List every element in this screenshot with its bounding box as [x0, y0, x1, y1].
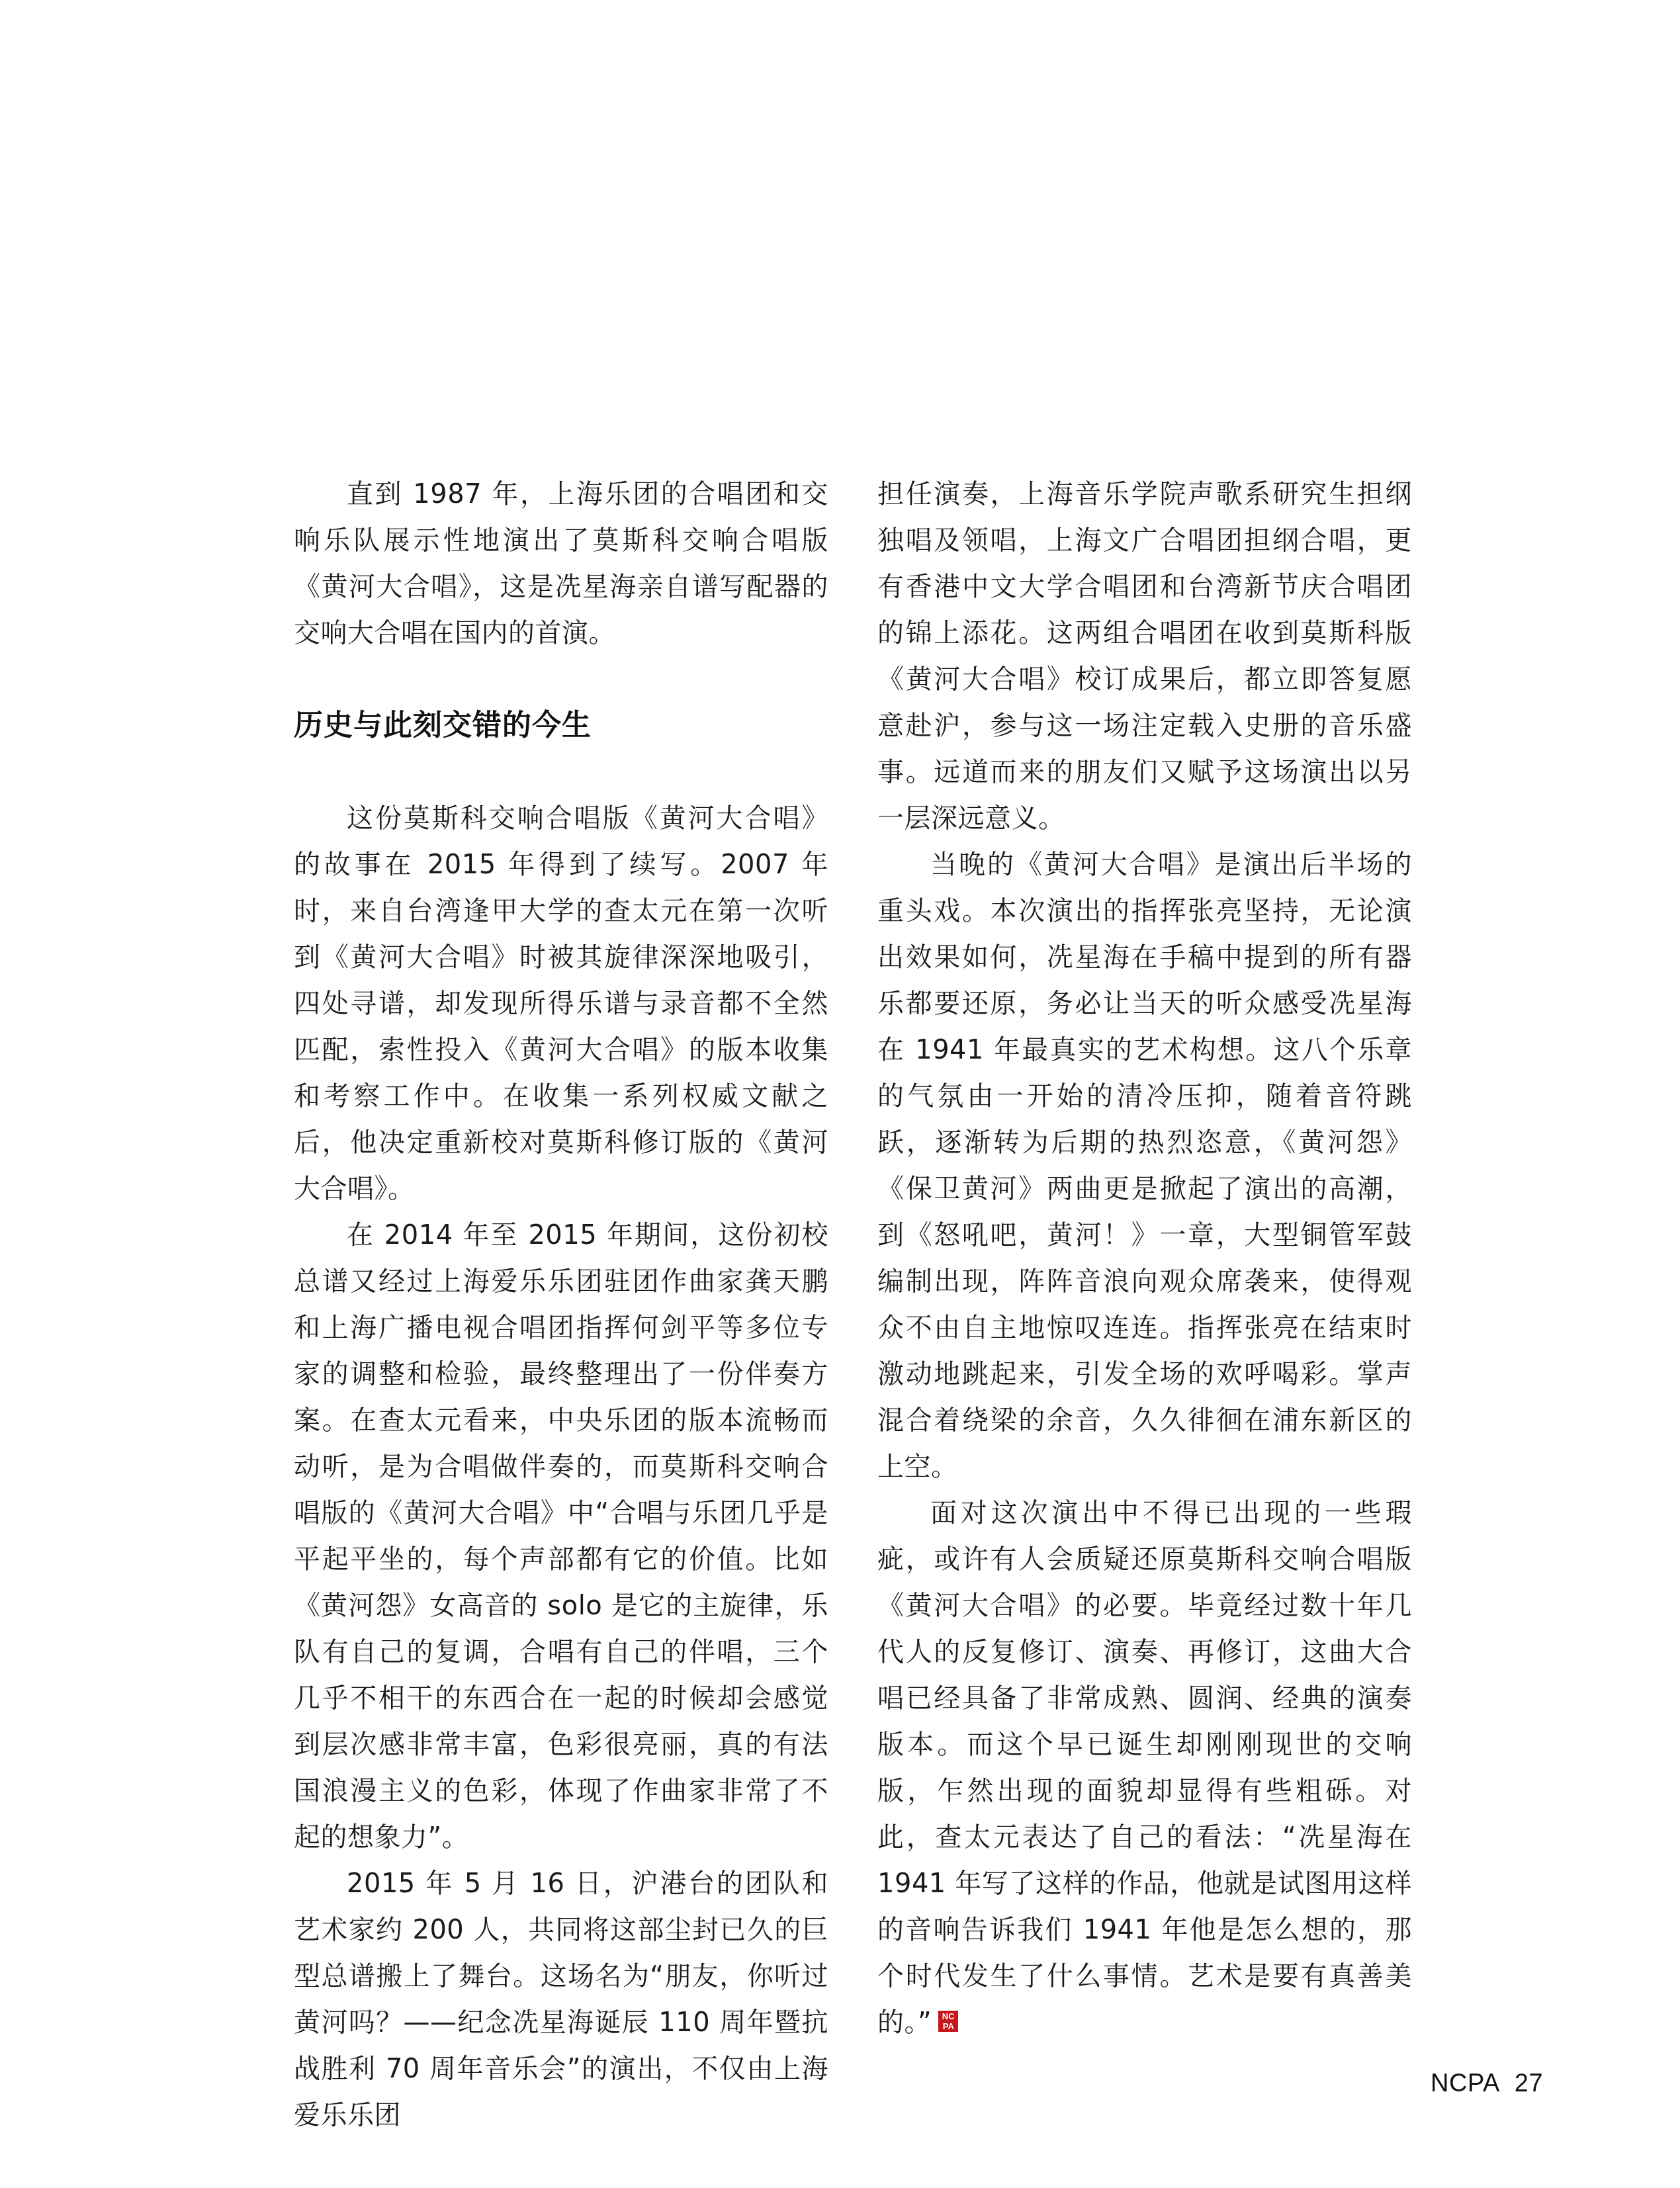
end-mark-line1: NC: [938, 2011, 958, 2021]
end-mark-line2: PA: [938, 2021, 958, 2031]
left-column: 直到 1987 年，上海乐团的合唱团和交响乐队展示性地演出了莫斯科交响合唱版《黄…: [294, 471, 828, 2138]
body-paragraph: 2015 年 5 月 16 日，沪港台的团队和艺术家约 200 人，共同将这部尘…: [294, 1860, 828, 2138]
page-number: 27: [1515, 2070, 1543, 2097]
magazine-page: 直到 1987 年，上海乐团的合唱团和交响乐队展示性地演出了莫斯科交响合唱版《黄…: [0, 0, 1680, 2188]
right-column: 担任演奏，上海音乐学院声歌系研究生担纲独唱及领唱，上海文广合唱团担纲合唱，更有香…: [877, 471, 1412, 2046]
body-paragraph: 这份莫斯科交响合唱版《黄河大合唱》的故事在 2015 年得到了续写。2007 年…: [294, 795, 828, 1212]
continuation-paragraph: 担任演奏，上海音乐学院声歌系研究生担纲独唱及领唱，上海文广合唱团担纲合唱，更有香…: [877, 471, 1412, 842]
intro-paragraph: 直到 1987 年，上海乐团的合唱团和交响乐队展示性地演出了莫斯科交响合唱版《黄…: [294, 471, 828, 656]
body-paragraph: 当晚的《黄河大合唱》是演出后半场的重头戏。本次演出的指挥张亮坚持，无论演出效果如…: [877, 842, 1412, 1490]
page-footer: NCPA27: [1431, 2070, 1543, 2098]
ncpa-end-mark-icon: NCPA: [938, 2011, 958, 2032]
section-heading: 历史与此刻交错的今生: [294, 703, 828, 749]
body-paragraph: 在 2014 年至 2015 年期间，这份初校总谱又经过上海爱乐乐团驻团作曲家龚…: [294, 1212, 828, 1860]
magazine-name: NCPA: [1431, 2070, 1500, 2097]
closing-paragraph-text: 面对这次演出中不得已出现的一些瑕疵，或许有人会质疑还原莫斯科交响合唱版《黄河大合…: [877, 1498, 1412, 2038]
body-paragraph: 面对这次演出中不得已出现的一些瑕疵，或许有人会质疑还原莫斯科交响合唱版《黄河大合…: [877, 1490, 1412, 2046]
